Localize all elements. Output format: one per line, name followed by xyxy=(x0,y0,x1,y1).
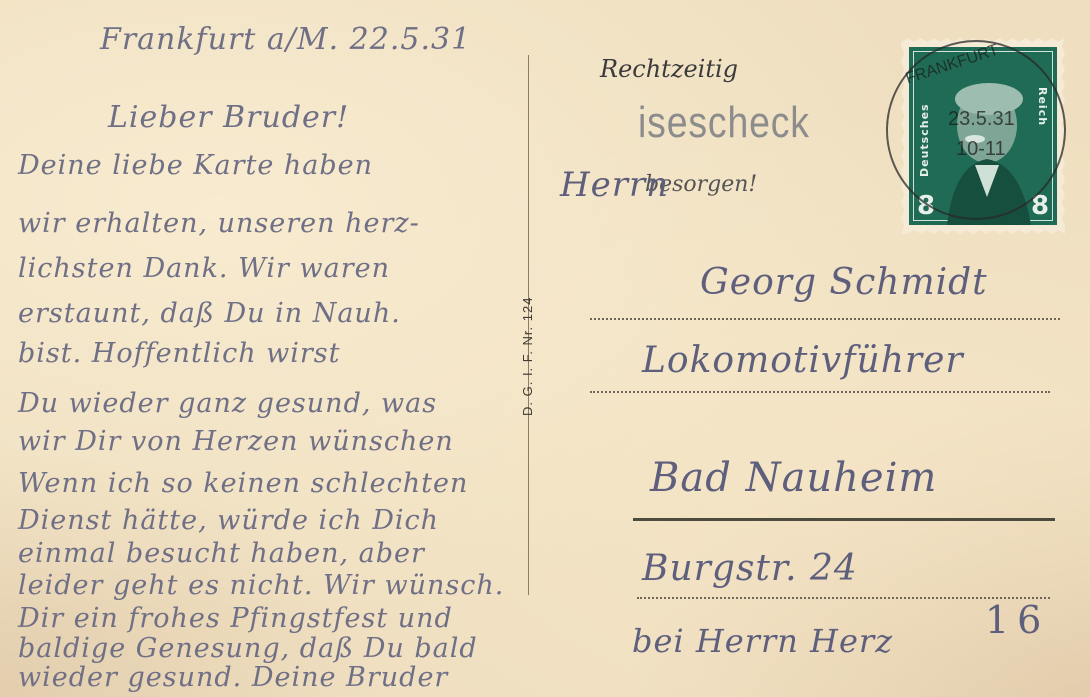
cancellation-slogan-top: Rechtzeitig xyxy=(600,55,738,83)
message-line: Du wieder ganz gesund, was xyxy=(18,388,437,419)
address-line-2 xyxy=(590,391,1050,393)
address-salutation: Herrn xyxy=(560,165,669,205)
message-line: wir erhalten, unseren herz- xyxy=(18,208,420,239)
message-line: bist. Hoffentlich wirst xyxy=(18,338,341,369)
postmark-date: 23.5.31 xyxy=(948,108,1015,131)
publisher-imprint: D. G. I. F. Nr. 124 xyxy=(520,297,535,416)
address-city-underline xyxy=(633,518,1055,521)
message-line: einmal besucht haben, aber xyxy=(18,538,425,569)
message-salutation: Lieber Bruder! xyxy=(108,100,349,135)
address-street: Burgstr. 24 xyxy=(642,548,858,589)
address-city: Bad Nauheim xyxy=(650,455,937,501)
address-name: Georg Schmidt xyxy=(700,262,988,303)
message-line: lichsten Dank. Wir waren xyxy=(18,253,390,284)
address-line-1 xyxy=(590,318,1060,320)
message-line: erstaunt, daß Du in Nauh. xyxy=(18,298,401,329)
address-title: Lokomotivführer xyxy=(642,340,964,381)
message-header: Frankfurt a/M. 22.5.31 xyxy=(100,22,471,57)
address-note: 16 xyxy=(985,598,1049,642)
postcard-back: Frankfurt a/M. 22.5.31 Lieber Bruder! De… xyxy=(0,0,1090,697)
message-line: wir Dir von Herzen wünschen xyxy=(18,426,454,457)
message-line: leider geht es nicht. Wir wünsch. xyxy=(18,570,504,601)
message-line: Deine liebe Karte haben xyxy=(18,150,373,181)
message-line: wieder gesund. Deine Bruder xyxy=(18,662,448,693)
message-line: Wenn ich so keinen schlechten xyxy=(18,468,468,499)
message-line: baldige Genesung, daß Du bald xyxy=(18,633,478,664)
cancellation-slogan-middle: isescheck xyxy=(638,98,810,148)
address-care-of: bei Herrn Herz xyxy=(632,622,893,660)
postmark-time: 10-11 xyxy=(956,138,1006,161)
message-line: Dir ein frohes Pfingstfest und xyxy=(18,603,453,634)
message-line: Dienst hätte, würde ich Dich xyxy=(18,505,439,536)
postmark-circle: FRANKFURT 23.5.31 10-11 xyxy=(886,40,1066,220)
